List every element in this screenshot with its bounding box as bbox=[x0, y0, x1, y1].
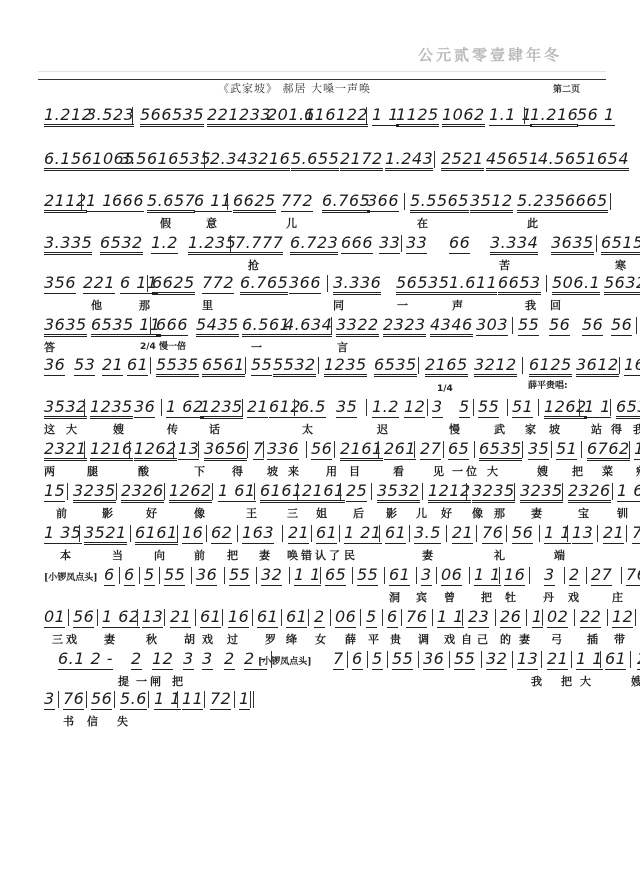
note-group: 1.611 bbox=[449, 273, 497, 295]
note-group: 6 bbox=[124, 565, 135, 586]
singer-label: 薛平贵唱: bbox=[528, 378, 568, 391]
barline bbox=[542, 609, 543, 626]
note-group: 3 bbox=[183, 649, 194, 670]
note-group: 36 bbox=[134, 397, 155, 418]
barline bbox=[198, 441, 199, 458]
note-group: 21 bbox=[288, 523, 309, 544]
note-group: 6 11 bbox=[194, 191, 232, 212]
note-group: 1 1 bbox=[584, 397, 611, 418]
note-group: 1 1 bbox=[294, 565, 321, 586]
lyric-char: 三 bbox=[52, 631, 63, 647]
note-group: 6625 bbox=[233, 191, 276, 213]
note-group: 61 bbox=[127, 355, 148, 376]
lyric-char: 抢 bbox=[248, 257, 259, 273]
barline bbox=[86, 691, 87, 708]
barline bbox=[159, 567, 160, 584]
note-group: 2 bbox=[131, 649, 142, 670]
note-group: 27 bbox=[420, 439, 441, 460]
tempo-marking-1-4: 1/4 bbox=[437, 384, 453, 394]
barline bbox=[596, 235, 597, 252]
lyric-char: 下 bbox=[194, 463, 205, 479]
lyric-char: 钏 bbox=[617, 505, 628, 521]
barline bbox=[242, 399, 243, 416]
barline bbox=[574, 609, 575, 626]
note-group: 5.5565 bbox=[410, 191, 469, 213]
lyric-char: 嫂 bbox=[537, 463, 548, 479]
barline bbox=[507, 399, 508, 416]
note-group: 366 bbox=[289, 273, 321, 294]
note-group: 3512 bbox=[470, 191, 513, 213]
barline bbox=[401, 609, 402, 626]
note-group: 53 bbox=[74, 355, 95, 376]
lyric-char: 失 bbox=[117, 713, 128, 729]
note-group: 163 bbox=[242, 523, 274, 544]
note-group: 2161 bbox=[302, 481, 345, 503]
barline bbox=[526, 609, 527, 626]
lyric-char: 儿 bbox=[286, 215, 297, 231]
note-group: 2321 bbox=[44, 439, 87, 461]
note-group: 3532 bbox=[377, 481, 420, 503]
lyric-char: 把 bbox=[572, 463, 583, 479]
note-group: 3.5 bbox=[414, 523, 441, 544]
note-group: 1 62 bbox=[617, 481, 640, 502]
note-group: 13 bbox=[572, 523, 593, 544]
note-group: 51 bbox=[556, 439, 577, 460]
note-group: 3 bbox=[202, 649, 213, 670]
note-group: 506.1 bbox=[552, 273, 600, 295]
lyric-char: 戏 bbox=[444, 631, 455, 647]
barline bbox=[495, 609, 496, 626]
lyric-char: 来 bbox=[288, 463, 299, 479]
note-group: 1 62 bbox=[634, 439, 640, 460]
note-group: 72 bbox=[210, 689, 231, 710]
barline bbox=[474, 441, 475, 458]
note-group: 772 bbox=[281, 191, 313, 212]
lyric-char: 像 bbox=[194, 505, 205, 521]
lyric-char: 的 bbox=[500, 631, 511, 647]
note-group: 13 bbox=[178, 439, 199, 460]
lyric-char: 了 bbox=[329, 547, 340, 563]
lyric-char: 大 bbox=[66, 421, 77, 437]
lyric-char: 弓 bbox=[551, 631, 562, 647]
barline bbox=[252, 609, 253, 626]
barline bbox=[137, 609, 138, 626]
note-group: 6653 bbox=[498, 273, 541, 295]
note-group: 55 bbox=[454, 649, 475, 670]
lyric-char: 曾 bbox=[444, 589, 455, 605]
barline bbox=[621, 567, 622, 584]
barline bbox=[414, 441, 415, 458]
barline bbox=[366, 399, 367, 416]
note-group: 6535 bbox=[374, 355, 417, 377]
lyric-char: 妻 bbox=[531, 505, 542, 521]
note-group: 303 bbox=[476, 315, 508, 336]
barline bbox=[546, 275, 547, 292]
note-group: 616122 bbox=[304, 105, 368, 127]
barline bbox=[636, 317, 637, 334]
barline bbox=[327, 275, 328, 292]
lyric-char: 洞 bbox=[389, 589, 400, 605]
note-group: 5.235 bbox=[517, 191, 565, 213]
note-group: 2161 bbox=[340, 439, 383, 461]
percussion-tag-2: [小锣凤点头] bbox=[258, 654, 312, 667]
barline bbox=[522, 441, 523, 458]
note-group: 1062 bbox=[442, 105, 485, 127]
lyric-char: 己 bbox=[477, 631, 488, 647]
lyric-char: 同 bbox=[333, 297, 344, 313]
barline bbox=[499, 567, 500, 584]
barline bbox=[130, 525, 131, 542]
note-group: 3.336 bbox=[333, 273, 381, 295]
lyric-char: 错 bbox=[301, 547, 312, 563]
lyric-char: 后 bbox=[353, 505, 364, 521]
note-group: 21 bbox=[452, 523, 473, 544]
barline bbox=[253, 691, 254, 708]
lyric-char: 见 bbox=[433, 463, 444, 479]
barline bbox=[173, 441, 174, 458]
note-group: 2326 bbox=[121, 481, 164, 503]
note-group: 6125 bbox=[529, 355, 572, 377]
lyric-char: 酸 bbox=[138, 463, 149, 479]
note-group: 6762 bbox=[587, 439, 630, 461]
note-group: 36 bbox=[423, 649, 444, 670]
note-group: 1 21 bbox=[344, 523, 382, 544]
barline bbox=[177, 691, 178, 708]
barline bbox=[263, 441, 264, 458]
note-group: 06 bbox=[335, 607, 356, 628]
lyric-char: 带 bbox=[614, 631, 625, 647]
note-group: 12 bbox=[404, 397, 425, 418]
note-group: 1 1 bbox=[437, 607, 464, 628]
barline bbox=[619, 357, 620, 374]
barline bbox=[352, 567, 353, 584]
barline bbox=[164, 609, 165, 626]
barline bbox=[282, 525, 283, 542]
note-group: 3612 bbox=[576, 355, 619, 377]
barline bbox=[564, 567, 565, 584]
lyric-char: 信 bbox=[87, 713, 98, 729]
note-group: 2.343216 bbox=[210, 149, 290, 171]
barline bbox=[84, 441, 85, 458]
barline bbox=[514, 483, 515, 500]
barline bbox=[539, 525, 540, 542]
barline bbox=[224, 567, 225, 584]
note-group: 6.1 2 - bbox=[58, 649, 113, 670]
note-group: 66 bbox=[449, 233, 470, 254]
note-group: 16 bbox=[504, 565, 525, 586]
barline bbox=[68, 609, 69, 626]
note-group: 65152 bbox=[601, 233, 640, 255]
barline bbox=[600, 651, 601, 668]
lyric-char: 用 bbox=[326, 463, 337, 479]
lyric-char: 好 bbox=[146, 505, 157, 521]
lyric-char: 位 bbox=[466, 463, 477, 479]
note-group: 221 bbox=[83, 273, 115, 294]
barline bbox=[247, 441, 248, 458]
note-group: 61 bbox=[389, 565, 410, 586]
lyric-char: 一 bbox=[251, 339, 262, 355]
barline bbox=[97, 609, 98, 626]
barline bbox=[79, 525, 80, 542]
barline bbox=[387, 651, 388, 668]
lyric-char: 得 bbox=[232, 463, 243, 479]
lyric-char: 薛 bbox=[345, 631, 356, 647]
barline bbox=[562, 483, 563, 500]
barline bbox=[382, 609, 383, 626]
lyric-char: 声 bbox=[452, 297, 463, 313]
document-title: 《武家坡》 郝居 大嗓一声唤 bbox=[218, 80, 371, 96]
lyric-char: 妻 bbox=[259, 547, 270, 563]
note-group: 6665 bbox=[565, 191, 608, 213]
note-group: 76 bbox=[626, 565, 640, 586]
note-group: 772 bbox=[202, 273, 234, 294]
lyric-char: 把 bbox=[172, 673, 183, 689]
note-group: 55 bbox=[357, 565, 378, 586]
note-group: 2521 bbox=[441, 149, 484, 171]
lyric-char: 好 bbox=[441, 505, 452, 521]
lyric-char: 把 bbox=[481, 589, 492, 605]
note-group: 56 bbox=[549, 315, 570, 336]
note-group: 1235 bbox=[324, 355, 367, 377]
lyric-char: 坡 bbox=[549, 421, 560, 437]
note-group: 3 bbox=[44, 689, 55, 710]
note-group: 2165 bbox=[425, 355, 468, 377]
lyric-char: 妻 bbox=[519, 631, 530, 647]
note-group: 2323 bbox=[383, 315, 426, 337]
lyric-char: 假 bbox=[160, 215, 171, 231]
barline bbox=[147, 275, 148, 292]
barline bbox=[409, 525, 410, 542]
note-group: 3 bbox=[432, 397, 443, 418]
barline bbox=[204, 691, 205, 708]
note-group: 666 bbox=[156, 315, 188, 336]
lyric-char: 贵 bbox=[390, 631, 401, 647]
note-group: 3635 bbox=[44, 315, 87, 337]
lyric-char: 民 bbox=[344, 547, 355, 563]
note-group: 72 bbox=[632, 523, 640, 544]
note-group: 566535 bbox=[140, 105, 204, 127]
lyric-char: 一 bbox=[452, 463, 463, 479]
lyric-char: 慢 bbox=[449, 421, 460, 437]
barline bbox=[432, 609, 433, 626]
note-group: 13 bbox=[142, 607, 163, 628]
barline bbox=[245, 357, 246, 374]
barline bbox=[318, 357, 319, 374]
note-group: 3.5616535 bbox=[120, 149, 211, 171]
lyric-char: 前 bbox=[56, 505, 67, 521]
barline bbox=[506, 525, 507, 542]
note-group: 1.2 bbox=[151, 233, 178, 254]
barline bbox=[222, 609, 223, 626]
lyric-char: 站 bbox=[591, 421, 602, 437]
barline bbox=[610, 193, 611, 210]
note-group: 21 bbox=[102, 355, 123, 376]
note-group: 5435 bbox=[196, 315, 239, 337]
lyric-char: 妻 bbox=[104, 631, 115, 647]
note-group: 56 bbox=[582, 315, 603, 336]
lyric-char: 回 bbox=[550, 297, 561, 313]
barline bbox=[347, 651, 348, 668]
note-group: 3235 bbox=[73, 481, 116, 503]
note-group: 3635 bbox=[551, 233, 594, 255]
note-group: 5532 bbox=[273, 355, 316, 377]
note-group: 3521 bbox=[84, 523, 127, 545]
lyric-char: 书 bbox=[63, 713, 74, 729]
note-group: 5.655 bbox=[291, 149, 339, 171]
barline bbox=[132, 107, 133, 124]
note-group: 55 bbox=[392, 649, 413, 670]
lyric-char: 调 bbox=[418, 631, 429, 647]
lyric-char: 唤 bbox=[287, 547, 298, 563]
note-group: 3.335 bbox=[44, 233, 92, 255]
barline bbox=[401, 235, 402, 252]
note-group: 21 bbox=[247, 397, 268, 418]
note-group: 6.765 bbox=[322, 191, 370, 213]
lyric-char: 牡 bbox=[505, 589, 516, 605]
note-group: 7.777 bbox=[235, 233, 283, 255]
lyric-char: 宾 bbox=[416, 589, 427, 605]
lyric-char: 一 bbox=[136, 673, 147, 689]
page-number: 第二页 bbox=[553, 82, 580, 95]
lyric-char: 家 bbox=[525, 421, 536, 437]
lyric-char: 迟 bbox=[377, 421, 388, 437]
note-group: 1212 bbox=[428, 481, 471, 503]
lyric-char: 意 bbox=[206, 215, 217, 231]
note-group: 51 bbox=[512, 397, 533, 418]
note-group: 3322 bbox=[336, 315, 379, 337]
note-group: 3212 bbox=[474, 355, 517, 377]
barline bbox=[586, 567, 587, 584]
header-faint-rule bbox=[38, 71, 606, 72]
barline bbox=[306, 441, 307, 458]
lyric-char: 坡 bbox=[267, 463, 278, 479]
note-group: 366 bbox=[367, 191, 399, 212]
barline bbox=[610, 399, 611, 416]
lyric-char: 提 bbox=[118, 673, 129, 689]
lyric-char: 戏 bbox=[66, 631, 77, 647]
barline bbox=[116, 483, 117, 500]
note-group: 3532 bbox=[44, 397, 87, 419]
barline bbox=[129, 441, 130, 458]
note-group: 1235 bbox=[90, 397, 133, 419]
lyric-char: 前 bbox=[194, 547, 205, 563]
barline bbox=[206, 525, 207, 542]
barline bbox=[58, 691, 59, 708]
note-group: 3656 bbox=[204, 439, 247, 461]
note-group: 45651 bbox=[486, 149, 539, 171]
note-group: 1 62 bbox=[102, 607, 140, 628]
note-group: 61 bbox=[286, 607, 307, 628]
note-group: 5 bbox=[372, 649, 383, 670]
note-group: 666 bbox=[341, 233, 373, 254]
note-group: 6 bbox=[352, 649, 363, 670]
note-group: 15 bbox=[44, 481, 65, 502]
note-group: 32 bbox=[261, 565, 282, 586]
note-group: 1.1 1 bbox=[489, 105, 532, 126]
barline bbox=[371, 483, 372, 500]
note-group: 336 bbox=[267, 439, 299, 460]
barline bbox=[579, 399, 580, 416]
note-group: 2 bbox=[314, 607, 325, 628]
note-group: 6 bbox=[104, 565, 115, 586]
note-group: 1 1 bbox=[474, 565, 501, 586]
note-group: 6625 bbox=[152, 273, 195, 295]
note-group: 4346 bbox=[430, 315, 473, 337]
note-group: 21 bbox=[603, 523, 624, 544]
lyric-char: 王 bbox=[246, 505, 257, 521]
lyric-char: 像 bbox=[472, 505, 483, 521]
year-banner: 公元贰零壹肆年冬 bbox=[418, 44, 562, 65]
barline bbox=[148, 691, 149, 708]
lyric-char: 妻 bbox=[422, 547, 433, 563]
barline bbox=[612, 483, 613, 500]
note-group: 5 bbox=[366, 607, 377, 628]
lyric-char: 胡 bbox=[184, 631, 195, 647]
note-group: 56 bbox=[611, 315, 632, 336]
barline bbox=[630, 651, 631, 668]
lyric-char: 姐 bbox=[316, 505, 327, 521]
note-group: 6535 bbox=[616, 397, 640, 419]
note-group: 1 35 bbox=[44, 523, 82, 544]
lyric-char: 当 bbox=[112, 547, 123, 563]
lyric-char: 认 bbox=[315, 547, 326, 563]
barline bbox=[230, 235, 231, 252]
barline bbox=[416, 567, 417, 584]
barline bbox=[360, 609, 361, 626]
lyric-char: 把 bbox=[227, 547, 238, 563]
note-group: 5 bbox=[144, 565, 155, 586]
lyric-char: 太 bbox=[302, 421, 313, 437]
note-group: 11 bbox=[182, 689, 203, 710]
lyric-char: 得 bbox=[611, 421, 622, 437]
lyric-char: 话 bbox=[209, 421, 220, 437]
note-group: 56 bbox=[73, 607, 94, 628]
note-group: 6.765 bbox=[240, 273, 288, 295]
note-group: 61 bbox=[385, 523, 406, 544]
barline bbox=[114, 691, 115, 708]
note-group: 3235 bbox=[472, 481, 515, 503]
barline bbox=[481, 651, 482, 668]
lyric-char: 里 bbox=[202, 297, 213, 313]
note-group: 12 bbox=[612, 607, 633, 628]
note-group: 261 bbox=[384, 439, 416, 460]
note-group: 26 bbox=[500, 607, 521, 628]
lyric-char: 罗 bbox=[265, 631, 276, 647]
note-group: 76 bbox=[406, 607, 427, 628]
barline bbox=[150, 317, 151, 334]
note-group: 5535 bbox=[156, 355, 199, 377]
lyric-char: 我 bbox=[531, 673, 542, 689]
note-group: 3235 bbox=[520, 481, 563, 503]
barline bbox=[629, 441, 630, 458]
barline bbox=[541, 651, 542, 668]
note-group: 7 bbox=[333, 649, 344, 670]
note-group: 1 bbox=[239, 689, 250, 710]
barline bbox=[524, 107, 525, 124]
note-group: 27 bbox=[591, 565, 612, 586]
barline bbox=[512, 651, 513, 668]
note-group: 6532 bbox=[100, 233, 143, 255]
barline bbox=[164, 483, 165, 500]
note-group: 16 bbox=[182, 523, 203, 544]
barline bbox=[427, 399, 428, 416]
note-group: 3 bbox=[421, 565, 432, 586]
note-group: 55 bbox=[164, 565, 185, 586]
note-group: 21 bbox=[547, 649, 568, 670]
note-group: 1 1 bbox=[576, 649, 603, 670]
lyric-char: 武 bbox=[494, 421, 505, 437]
note-group: 356 bbox=[44, 273, 76, 294]
